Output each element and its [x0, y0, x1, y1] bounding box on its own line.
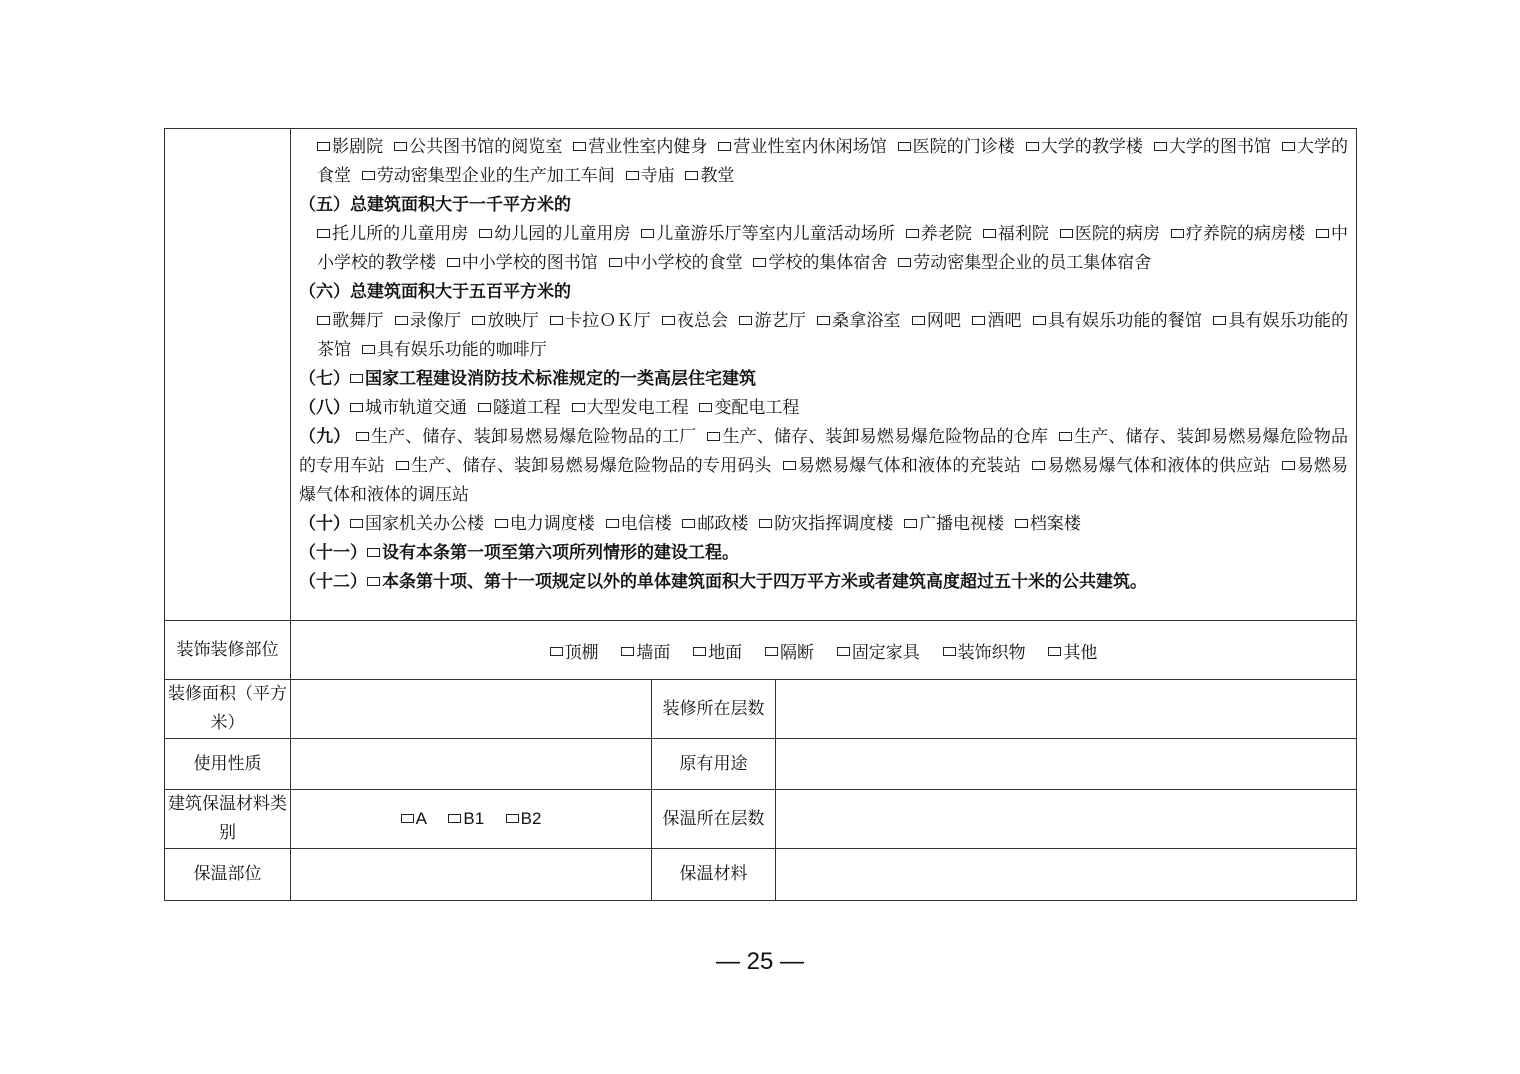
checkbox-icon[interactable]	[707, 432, 720, 441]
insulation-class-options: A B1 B2	[291, 790, 652, 849]
checkbox-icon[interactable]	[662, 316, 675, 325]
checkbox-option[interactable]: 其他	[1048, 643, 1097, 663]
checkbox-icon[interactable]	[495, 519, 508, 528]
checkbox-option[interactable]: 桑拿浴室	[817, 311, 901, 331]
checkbox-option[interactable]: 录像厅	[395, 311, 462, 331]
checkbox-label: 儿童游乐厅等室内儿童活动场所	[656, 224, 895, 244]
checkbox-label: 医院的门诊楼	[913, 137, 1015, 157]
checkbox-label: 地面	[708, 643, 742, 663]
checkbox-option[interactable]: 地面	[693, 643, 742, 663]
checkbox-label: 城市轨道交通	[365, 398, 467, 418]
checkbox-icon[interactable]	[1026, 142, 1039, 151]
insulation-class-label: 建筑保温材料类别	[165, 790, 291, 849]
checkbox-icon[interactable]	[447, 258, 460, 267]
checkbox-icon[interactable]	[606, 519, 619, 528]
checkbox-label: B2	[521, 809, 542, 828]
checkbox-label: 本条第十项、第十一项规定以外的单体建筑面积大于四万平方米或者建筑高度超过五十米的…	[382, 572, 1147, 592]
category-5-options: 托儿所的儿童用房 幼儿园的儿童用房 儿童游乐厅等室内儿童活动场所 养老院 福利院…	[317, 220, 1348, 278]
checkbox-icon[interactable]	[837, 647, 850, 656]
insulation-location-field[interactable]	[291, 849, 652, 901]
checkbox-icon[interactable]	[983, 229, 996, 238]
checkbox-label: 托儿所的儿童用房	[332, 224, 468, 244]
checkbox-label: 易燃易爆气体和液体的充装站	[798, 456, 1021, 476]
checkbox-option[interactable]: 大学的教学楼	[1026, 137, 1143, 157]
checkbox-option[interactable]: 生产、储存、装卸易燃易爆危险物品的仓库	[707, 427, 1048, 447]
checkbox-icon[interactable]	[943, 647, 956, 656]
checkbox-icon[interactable]	[362, 345, 375, 354]
checkbox-icon[interactable]	[898, 258, 911, 267]
checkbox-option[interactable]: 夜总会	[662, 311, 729, 331]
insulation-floors-label: 保温所在层数	[652, 790, 776, 849]
checkbox-icon[interactable]	[693, 647, 706, 656]
checkbox-option[interactable]: B2	[506, 809, 542, 828]
checkbox-icon[interactable]	[367, 548, 380, 557]
checkbox-icon[interactable]	[550, 316, 563, 325]
checkbox-label: 生产、储存、装卸易燃易爆危险物品的工厂	[371, 427, 697, 447]
checkbox-option[interactable]: 放映厅	[472, 311, 539, 331]
checkbox-icon[interactable]	[1282, 142, 1295, 151]
checkbox-icon[interactable]	[394, 142, 407, 151]
checkbox-option[interactable]: 游艺厅	[739, 311, 806, 331]
checkbox-icon[interactable]	[972, 316, 985, 325]
checkbox-label: 游艺厅	[754, 311, 806, 331]
checkbox-icon[interactable]	[448, 814, 461, 823]
checkbox-icon[interactable]	[317, 316, 330, 325]
checkbox-label: 装饰织物	[958, 643, 1026, 663]
checkbox-label: 易燃易爆气体和液体的供应站	[1047, 456, 1270, 476]
decoration-area-label: 装修面积（平方米）	[165, 680, 291, 739]
checkbox-option[interactable]: 幼儿园的儿童用房	[479, 224, 630, 244]
checkbox-icon[interactable]	[1060, 229, 1073, 238]
checkbox-icon[interactable]	[572, 403, 585, 412]
checkbox-label: 夜总会	[677, 311, 729, 331]
checkbox-label: 中小学校的食堂	[624, 253, 743, 273]
checkbox-option[interactable]: 生产、储存、装卸易燃易爆危险物品的专用码头	[396, 456, 772, 476]
checkbox-option[interactable]: 中小学校的图书馆	[447, 253, 598, 273]
category-6-options: 歌舞厅 录像厅 放映厅 卡拉ＯＫ厅 夜总会 游艺厅 桑拿浴室 网吧 酒吧 具有娱…	[317, 307, 1348, 365]
checkbox-label: 桑拿浴室	[832, 311, 901, 331]
checkbox-label: 变配电工程	[714, 398, 799, 418]
checkbox-icon[interactable]	[783, 461, 796, 470]
checkbox-label: 档案楼	[1030, 514, 1081, 534]
decoration-parts-row: 装饰装修部位 顶棚 墙面 地面 隔断 固定家具 装饰织物 其他	[165, 621, 1357, 680]
checkbox-icon[interactable]	[1033, 316, 1046, 325]
checkbox-icon[interactable]	[1048, 647, 1061, 656]
category-5-heading: （五）总建筑面积大于一千平方米的	[299, 191, 1348, 220]
checkbox-option[interactable]: 教堂	[685, 166, 734, 186]
checkbox-icon[interactable]	[1282, 461, 1295, 470]
checkbox-option[interactable]: B1	[448, 809, 484, 828]
decoration-area-row: 装修面积（平方米） 装修所在层数	[165, 680, 1357, 739]
decoration-area-field[interactable]	[291, 680, 652, 739]
checkbox-icon[interactable]	[912, 316, 925, 325]
checkbox-option[interactable]: 顶棚	[550, 643, 599, 663]
checkbox-option[interactable]: 酒吧	[972, 311, 1021, 331]
usage-nature-field[interactable]	[291, 739, 652, 790]
checkbox-icon[interactable]	[317, 142, 330, 151]
checkbox-icon[interactable]	[682, 519, 695, 528]
checkbox-label: 教堂	[700, 166, 734, 186]
checkbox-icon[interactable]	[367, 577, 380, 586]
checkbox-icon[interactable]	[699, 403, 712, 412]
decoration-floors-field[interactable]	[776, 680, 1357, 739]
original-use-field[interactable]	[776, 739, 1357, 790]
checkbox-option[interactable]: 变配电工程	[699, 398, 799, 418]
checkbox-icon[interactable]	[479, 229, 492, 238]
checkbox-label: 固定家具	[852, 643, 920, 663]
page-number: — 25 —	[0, 948, 1520, 976]
checkbox-option[interactable]: 学校的集体宿舍	[753, 253, 887, 273]
checkbox-label: 录像厅	[410, 311, 462, 331]
checkbox-option[interactable]: 具有娱乐功能的餐馆	[1033, 311, 1202, 331]
insulation-location-label: 保温部位	[165, 849, 291, 901]
checkbox-option[interactable]: 设有本条第一项至第六项所列情形的建设工程。	[367, 543, 739, 563]
checkbox-label: 国家机关办公楼	[365, 514, 484, 534]
category-8: （八）城市轨道交通 隧道工程 大型发电工程 变配电工程	[299, 394, 1348, 423]
checkbox-icon[interactable]	[739, 316, 752, 325]
insulation-class-row: 建筑保温材料类别 A B1 B2 保温所在层数	[165, 790, 1357, 849]
insulation-material-label: 保温材料	[652, 849, 776, 901]
checkbox-label: 影剧院	[332, 137, 383, 157]
checkbox-label: 幼儿园的儿童用房	[494, 224, 630, 244]
checkbox-option[interactable]: 影剧院	[317, 137, 383, 157]
checkbox-option[interactable]: 劳动密集型企业的员工集体宿舍	[898, 253, 1151, 273]
checkbox-label: 设有本条第一项至第六项所列情形的建设工程。	[382, 543, 739, 563]
checkbox-icon[interactable]	[478, 403, 491, 412]
checkbox-option[interactable]: 网吧	[912, 311, 961, 331]
checkbox-option[interactable]: 国家机关办公楼	[350, 514, 484, 534]
checkbox-icon[interactable]	[718, 142, 731, 151]
checkbox-label: 劳动密集型企业的生产加工车间	[377, 166, 615, 186]
checkbox-label: 医院的病房	[1075, 224, 1160, 244]
checkbox-label: 福利院	[998, 224, 1049, 244]
checkbox-option[interactable]: 儿童游乐厅等室内儿童活动场所	[641, 224, 895, 244]
insulation-location-row: 保温部位 保温材料	[165, 849, 1357, 901]
checkbox-label: 中小学校的图书馆	[462, 253, 598, 273]
checkbox-option[interactable]: 隧道工程	[478, 398, 561, 418]
checkbox-icon[interactable]	[1213, 316, 1226, 325]
checkbox-icon[interactable]	[573, 142, 586, 151]
decoration-parts-options: 顶棚 墙面 地面 隔断 固定家具 装饰织物 其他	[291, 621, 1357, 680]
checkbox-icon[interactable]	[1154, 142, 1167, 151]
checkbox-option[interactable]: 劳动密集型企业的生产加工车间	[362, 166, 615, 186]
checkbox-label: 隔断	[780, 643, 814, 663]
checkbox-option[interactable]: 国家工程建设消防技术标准规定的一类高层住宅建筑	[350, 369, 756, 389]
checkbox-option[interactable]: 托儿所的儿童用房	[317, 224, 468, 244]
category-9: （九） 生产、储存、装卸易燃易爆危险物品的工厂 生产、储存、装卸易燃易爆危险物品…	[299, 423, 1348, 510]
checkbox-label: B1	[463, 809, 484, 828]
checkbox-label: 电力调度楼	[510, 514, 595, 534]
category-6-heading: （六）总建筑面积大于五百平方米的	[299, 278, 1348, 307]
checkbox-option[interactable]: 大学的图书馆	[1154, 137, 1271, 157]
checkbox-icon[interactable]	[765, 647, 778, 656]
checkbox-label: A	[416, 809, 427, 828]
insulation-material-field[interactable]	[776, 849, 1357, 901]
checkbox-label: 网吧	[927, 311, 961, 331]
checkbox-option[interactable]: 寺庙	[626, 166, 675, 186]
checkbox-label: 广播电视楼	[919, 514, 1004, 534]
checkbox-label: 具有娱乐功能的餐馆	[1048, 311, 1202, 331]
checkbox-label: 隧道工程	[493, 398, 561, 418]
category-12-prefix: （十二）	[299, 572, 367, 592]
checkbox-label: 酒吧	[987, 311, 1021, 331]
usage-nature-label: 使用性质	[165, 739, 291, 790]
checkbox-icon[interactable]	[753, 258, 766, 267]
checkbox-label: 防灾指挥调度楼	[774, 514, 893, 534]
checkbox-icon[interactable]	[759, 519, 772, 528]
checkbox-icon[interactable]	[506, 814, 519, 823]
checkbox-option[interactable]: 医院的门诊楼	[898, 137, 1015, 157]
checkbox-icon[interactable]	[685, 171, 698, 180]
checkbox-option[interactable]: 养老院	[906, 224, 972, 244]
checkbox-option[interactable]: 医院的病房	[1060, 224, 1160, 244]
category-row: 影剧院 公共图书馆的阅览室 营业性室内健身 营业性室内休闲场馆 医院的门诊楼 大…	[165, 129, 1357, 621]
checkbox-icon[interactable]	[904, 519, 917, 528]
decoration-floors-label: 装修所在层数	[652, 680, 776, 739]
checkbox-label: 养老院	[921, 224, 972, 244]
checkbox-option[interactable]: 福利院	[983, 224, 1049, 244]
checkbox-label: 卡拉ＯＫ厅	[565, 311, 651, 331]
checkbox-icon[interactable]	[906, 229, 919, 238]
checkbox-label: 生产、储存、装卸易燃易爆危险物品的仓库	[722, 427, 1048, 447]
checkbox-option[interactable]: 装饰织物	[943, 643, 1026, 663]
checkbox-icon[interactable]	[356, 432, 369, 441]
checkbox-option[interactable]: 本条第十项、第十一项规定以外的单体建筑面积大于四万平方米或者建筑高度超过五十米的…	[367, 572, 1147, 592]
checkbox-icon[interactable]	[621, 647, 634, 656]
checkbox-icon[interactable]	[350, 403, 363, 412]
checkbox-label: 具有娱乐功能的咖啡厅	[377, 340, 547, 360]
category-12: （十二）本条第十项、第十一项规定以外的单体建筑面积大于四万平方米或者建筑高度超过…	[299, 568, 1348, 597]
checkbox-option[interactable]: 隔断	[765, 643, 814, 663]
fire-review-form-table: 影剧院 公共图书馆的阅览室 营业性室内健身 营业性室内休闲场馆 医院的门诊楼 大…	[164, 128, 1357, 901]
checkbox-icon[interactable]	[626, 171, 639, 180]
checkbox-option[interactable]: 营业性室内休闲场馆	[718, 137, 886, 157]
category-9-prefix: （九）	[299, 427, 350, 447]
checkbox-icon[interactable]	[401, 814, 414, 823]
checkbox-option[interactable]: 具有娱乐功能的咖啡厅	[362, 340, 547, 360]
checkbox-icon[interactable]	[609, 258, 622, 267]
checkbox-icon[interactable]	[350, 374, 363, 383]
checkbox-icon[interactable]	[350, 519, 363, 528]
checkbox-label: 顶棚	[565, 643, 599, 663]
checkbox-option[interactable]: 疗养院的病房楼	[1171, 224, 1305, 244]
checkbox-icon[interactable]	[817, 316, 830, 325]
checkbox-option[interactable]: 营业性室内健身	[573, 137, 707, 157]
checkbox-label: 其他	[1063, 643, 1097, 663]
checkbox-icon[interactable]	[1059, 432, 1072, 441]
checkbox-label: 歌舞厅	[332, 311, 384, 331]
checkbox-icon[interactable]	[1171, 229, 1184, 238]
checkbox-icon[interactable]	[1032, 461, 1045, 470]
checkbox-label: 学校的集体宿舍	[768, 253, 887, 273]
decoration-parts-label: 装饰装修部位	[165, 621, 291, 680]
checkbox-option[interactable]: 大型发电工程	[572, 398, 689, 418]
checkbox-label: 生产、储存、装卸易燃易爆危险物品的专用码头	[411, 456, 772, 476]
checkbox-icon[interactable]	[1015, 519, 1028, 528]
category-4-continued: 影剧院 公共图书馆的阅览室 营业性室内健身 营业性室内休闲场馆 医院的门诊楼 大…	[187, 133, 1348, 191]
checkbox-label: 劳动密集型企业的员工集体宿舍	[913, 253, 1151, 273]
category-label-cell	[165, 129, 291, 621]
checkbox-label: 大型发电工程	[587, 398, 689, 418]
checkbox-option[interactable]: 防灾指挥调度楼	[759, 514, 893, 534]
original-use-label: 原有用途	[652, 739, 776, 790]
checkbox-option[interactable]: 易燃易爆气体和液体的供应站	[1032, 456, 1270, 476]
checkbox-icon[interactable]	[472, 316, 485, 325]
checkbox-option[interactable]: 公共图书馆的阅览室	[394, 137, 562, 157]
checkbox-label: 大学的图书馆	[1169, 137, 1271, 157]
checkbox-label: 寺庙	[641, 166, 675, 186]
checkbox-option[interactable]: 邮政楼	[682, 514, 748, 534]
checkbox-option[interactable]: 广播电视楼	[904, 514, 1004, 534]
checkbox-icon[interactable]	[550, 647, 563, 656]
checkbox-icon[interactable]	[898, 142, 911, 151]
checkbox-icon[interactable]	[395, 316, 408, 325]
checkbox-option[interactable]: 中小学校的食堂	[609, 253, 743, 273]
checkbox-option[interactable]: 城市轨道交通	[350, 398, 467, 418]
checkbox-label: 疗养院的病房楼	[1186, 224, 1305, 244]
checkbox-option[interactable]: 档案楼	[1015, 514, 1081, 534]
category-options-cell: 影剧院 公共图书馆的阅览室 营业性室内健身 营业性室内休闲场馆 医院的门诊楼 大…	[291, 129, 1357, 621]
checkbox-label: 大学的教学楼	[1041, 137, 1143, 157]
checkbox-label: 营业性室内休闲场馆	[733, 137, 886, 157]
checkbox-icon[interactable]	[396, 461, 409, 470]
checkbox-option[interactable]: 电力调度楼	[495, 514, 595, 534]
usage-row: 使用性质 原有用途	[165, 739, 1357, 790]
checkbox-icon[interactable]	[317, 229, 330, 238]
checkbox-label: 国家工程建设消防技术标准规定的一类高层住宅建筑	[365, 369, 756, 389]
category-11: （十一）设有本条第一项至第六项所列情形的建设工程。	[299, 539, 1348, 568]
checkbox-option[interactable]: 固定家具	[837, 643, 920, 663]
checkbox-option[interactable]: 卡拉ＯＫ厅	[550, 311, 651, 331]
checkbox-option[interactable]: 电信楼	[606, 514, 672, 534]
checkbox-icon[interactable]	[1316, 229, 1329, 238]
checkbox-label: 电信楼	[621, 514, 672, 534]
checkbox-label: 放映厅	[487, 311, 539, 331]
checkbox-icon[interactable]	[641, 229, 654, 238]
checkbox-icon[interactable]	[362, 171, 375, 180]
form-page: 影剧院 公共图书馆的阅览室 营业性室内健身 营业性室内休闲场馆 医院的门诊楼 大…	[164, 128, 1356, 901]
checkbox-label: 营业性室内健身	[588, 137, 707, 157]
checkbox-option[interactable]: 易燃易爆气体和液体的充装站	[783, 456, 1021, 476]
insulation-floors-field[interactable]	[776, 790, 1357, 849]
category-7-prefix: （七）	[299, 369, 350, 389]
checkbox-option[interactable]: 墙面	[621, 643, 670, 663]
checkbox-label: 邮政楼	[697, 514, 748, 534]
category-7: （七）国家工程建设消防技术标准规定的一类高层住宅建筑	[299, 365, 1348, 394]
category-10-prefix: （十）	[299, 514, 350, 534]
checkbox-option[interactable]: A	[401, 809, 427, 828]
checkbox-label: 公共图书馆的阅览室	[409, 137, 562, 157]
checkbox-label: 墙面	[636, 643, 670, 663]
category-8-prefix: （八）	[299, 398, 350, 418]
checkbox-option[interactable]: 歌舞厅	[317, 311, 384, 331]
checkbox-option[interactable]: 生产、储存、装卸易燃易爆危险物品的工厂	[356, 427, 697, 447]
category-10: （十）国家机关办公楼 电力调度楼 电信楼 邮政楼 防灾指挥调度楼 广播电视楼 档…	[299, 510, 1348, 539]
category-11-prefix: （十一）	[299, 543, 367, 563]
